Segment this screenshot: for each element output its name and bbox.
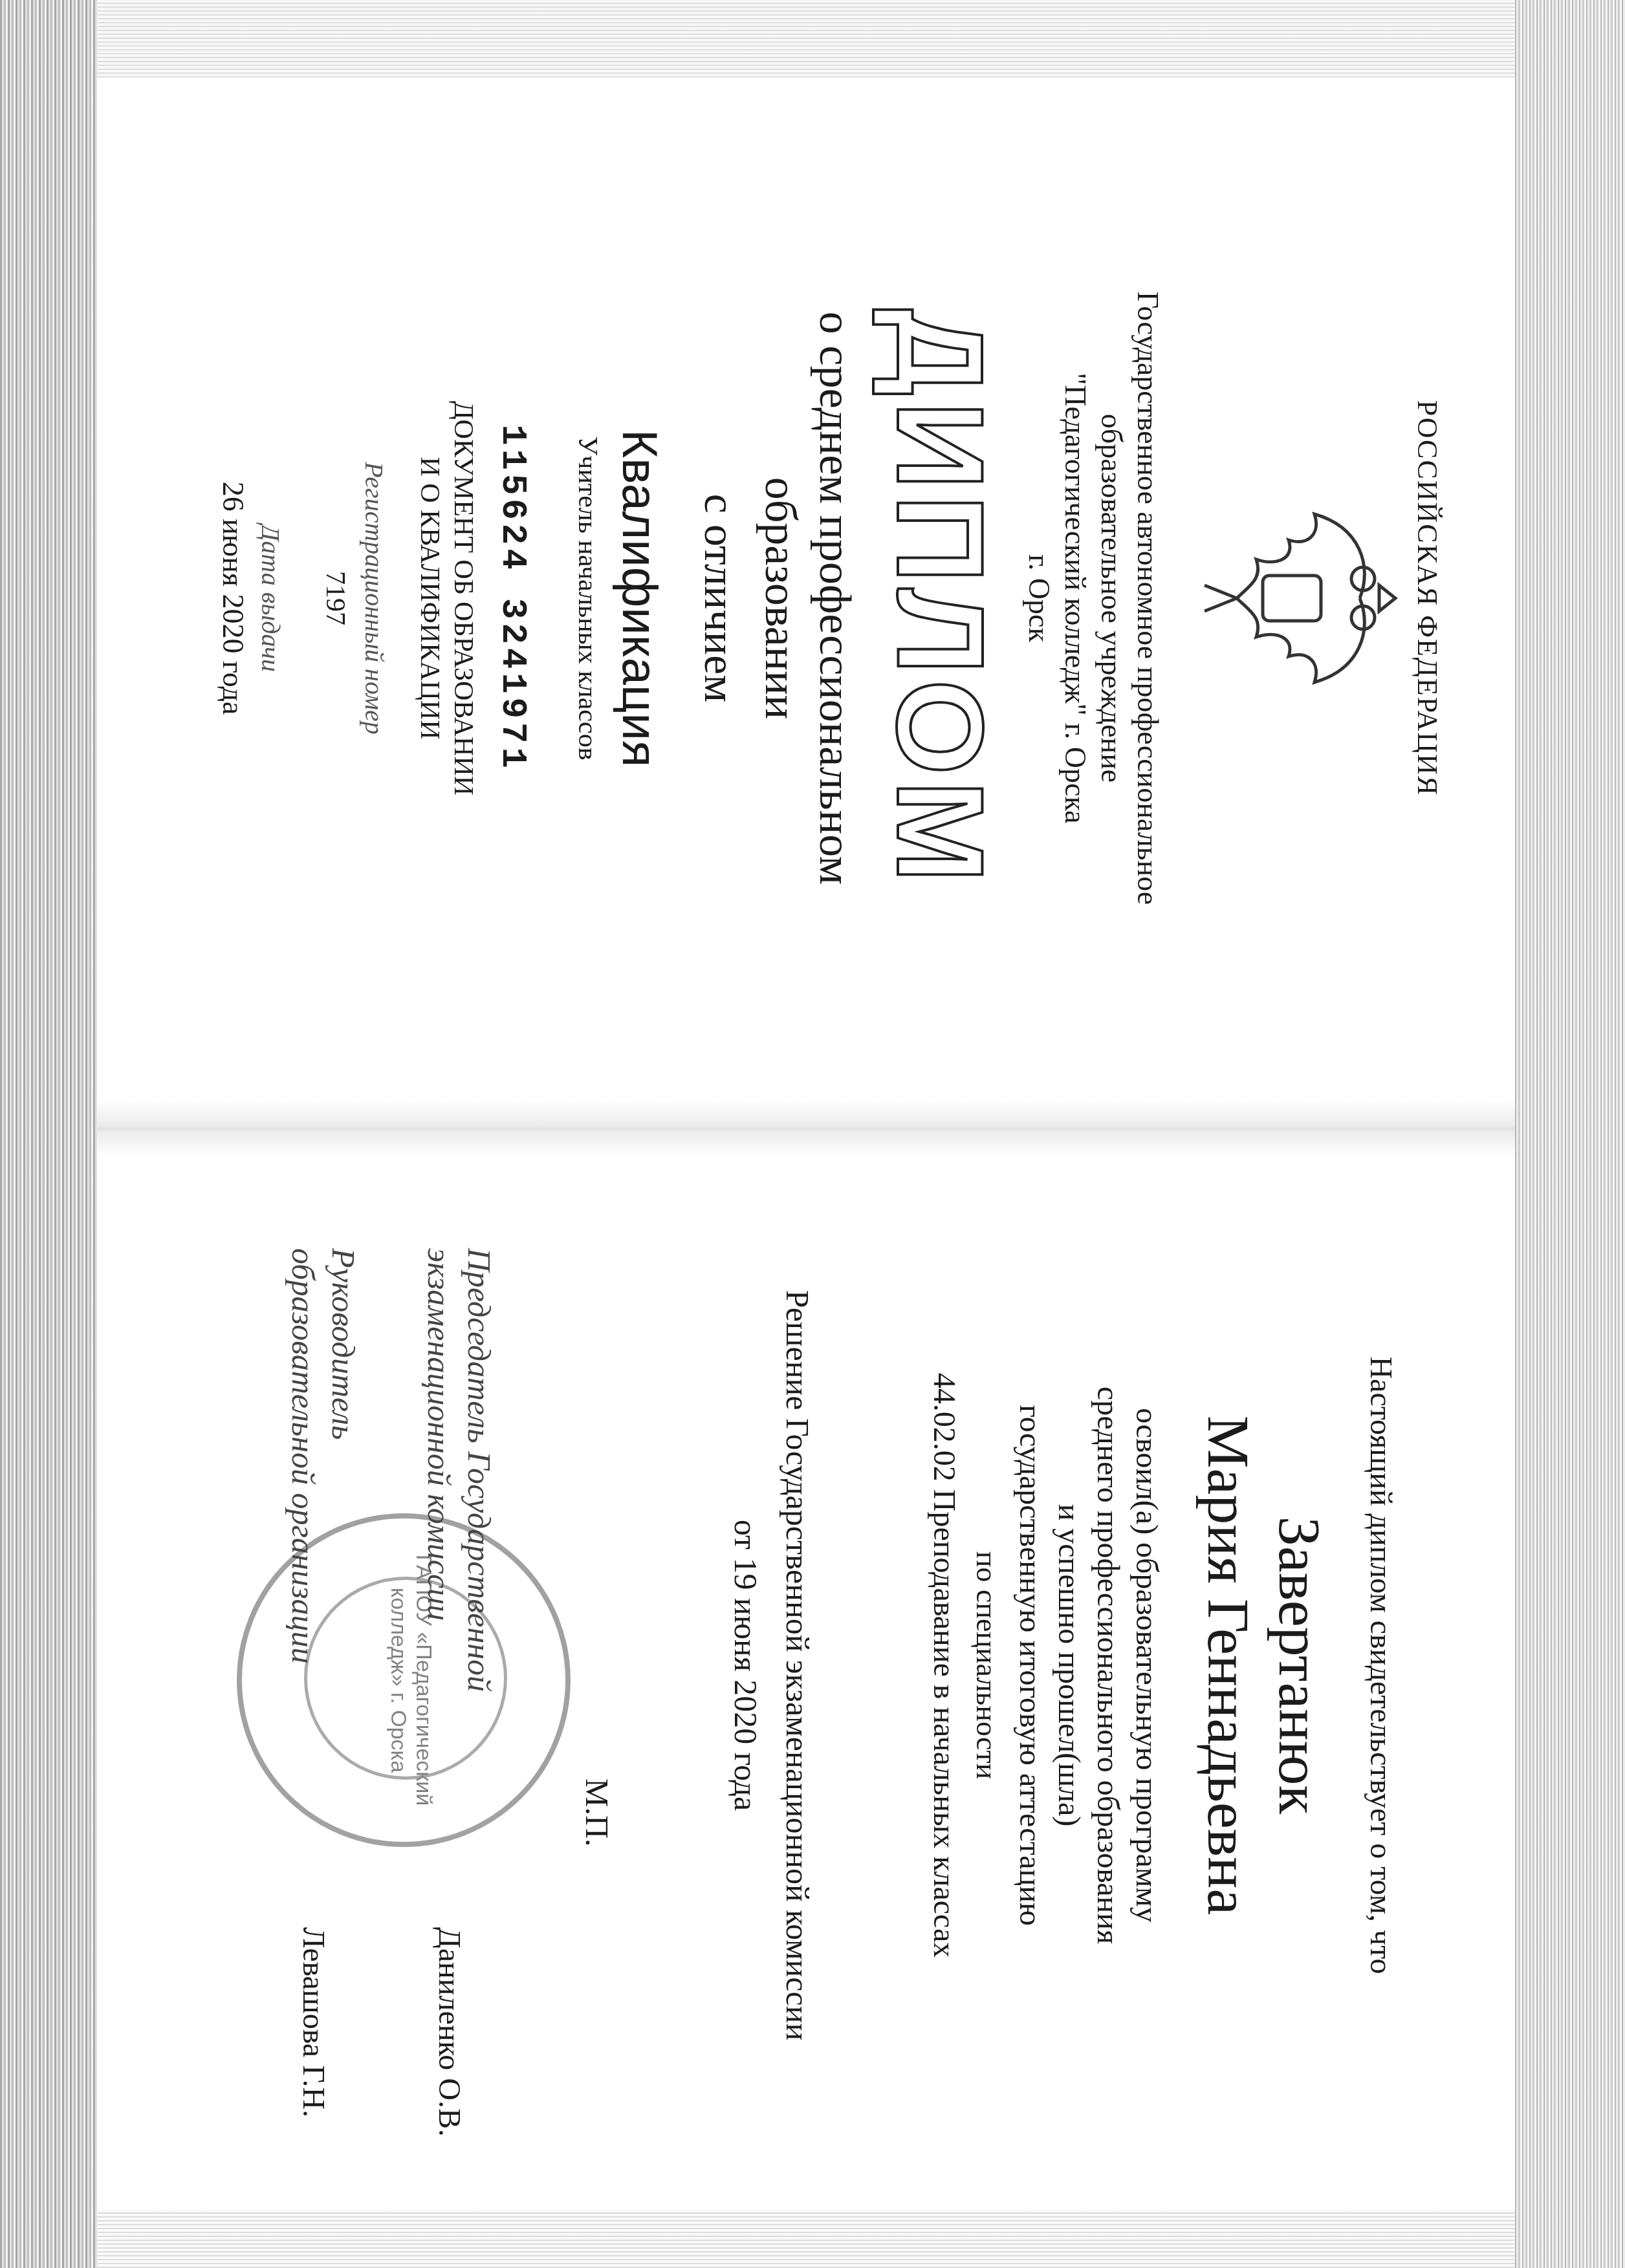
program-line: среднего профессионального образования xyxy=(1088,1132,1127,2199)
signatory-name-chairman: Даниленко О.В. xyxy=(431,1927,467,2137)
institution-name: Государственное автономное профессиональ… xyxy=(1021,65,1166,1132)
decision-date: от 19 июня 2020 года xyxy=(727,1132,765,2199)
graduate-given-names: Мария Геннадьевна xyxy=(1194,1132,1263,2199)
scan-edge-left xyxy=(0,0,97,2268)
specialty-value: 44.02.02 Преподавание в начальных класса… xyxy=(926,1132,962,2199)
subtitle-line: о среднем профессиональном xyxy=(807,65,862,1132)
certification-intro: Настоящий диплом свидетельствует о том, … xyxy=(1363,1132,1399,2199)
program-line: освоил(а) образовательную программу xyxy=(1127,1132,1166,2199)
document-number: 115624 3241971 xyxy=(492,65,532,1132)
signatory-name-director: Левашова Г.Н. xyxy=(296,1927,331,2117)
issue-date: 26 июня 2020 года xyxy=(216,65,250,1132)
honors-text: с отличием xyxy=(694,65,745,1132)
role-line: Руководитель xyxy=(323,1248,364,1663)
specialty-label: по специальности xyxy=(970,1132,1004,2199)
commission-decision: Решение Государственной экзаменационной … xyxy=(779,1132,816,2199)
signatory-role-chairman: Председатель Государственной экзаменацио… xyxy=(419,1248,499,1692)
qualification-label: Квалификация xyxy=(611,65,668,1132)
document-subtitle: о среднем профессиональном образовании xyxy=(753,65,862,1132)
graduate-surname: Завертанюк xyxy=(1265,1132,1334,2199)
scan-edge-right xyxy=(1515,0,1625,2268)
institution-line: образовательное учреждение xyxy=(1093,65,1129,1132)
institution-city: г. Орск xyxy=(1021,65,1057,1132)
program-line: государственную итоговую аттестацию xyxy=(1010,1132,1049,2199)
role-line: экзаменационной комиссии xyxy=(419,1248,459,1692)
diploma-left-page: РОССИЙСКАЯ ФЕДЕРАЦИЯ Государственное авт… xyxy=(137,65,1528,1132)
institution-line: "Педагогический колледж" г. Орска xyxy=(1057,65,1093,1132)
document-type-line: И О КВАЛИФИКАЦИИ xyxy=(413,65,446,1132)
diploma-right-page: Настоящий диплом свидетельствует о том, … xyxy=(137,1132,1528,2199)
qualification-value: Учитель начальных классов xyxy=(572,65,603,1132)
role-line: образовательной организации xyxy=(283,1248,323,1663)
document-type: ДОКУМЕНТ ОБ ОБРАЗОВАНИИ И О КВАЛИФИКАЦИИ xyxy=(413,65,480,1132)
registration-label: Регистрационный номер xyxy=(359,65,389,1132)
program-line: и успешно прошел(шла) xyxy=(1049,1132,1088,2199)
role-line: Председатель Государственной xyxy=(459,1248,499,1692)
program-statement: освоил(а) образовательную программу сред… xyxy=(1010,1132,1166,2199)
stamp-mark: М.П. xyxy=(578,1778,616,1847)
country-name: РОССИЙСКАЯ ФЕДЕРАЦИЯ xyxy=(1411,65,1444,1132)
scan-edge-bottom xyxy=(97,2210,1515,2268)
document-title: ДИПЛОМ xyxy=(869,65,1010,1132)
subtitle-line: образовании xyxy=(753,65,807,1132)
signatory-role-director: Руководитель образовательной организации xyxy=(283,1248,364,1663)
coat-of-arms-icon xyxy=(1185,501,1399,695)
registration-number: 7197 xyxy=(320,65,351,1132)
institution-line: Государственное автономное профессиональ… xyxy=(1129,65,1166,1132)
document-type-line: ДОКУМЕНТ ОБ ОБРАЗОВАНИИ xyxy=(446,65,480,1132)
diploma-spread: РОССИЙСКАЯ ФЕДЕРАЦИЯ Государственное авт… xyxy=(137,65,1528,2199)
issue-date-label: Дата выдачи xyxy=(256,65,286,1132)
